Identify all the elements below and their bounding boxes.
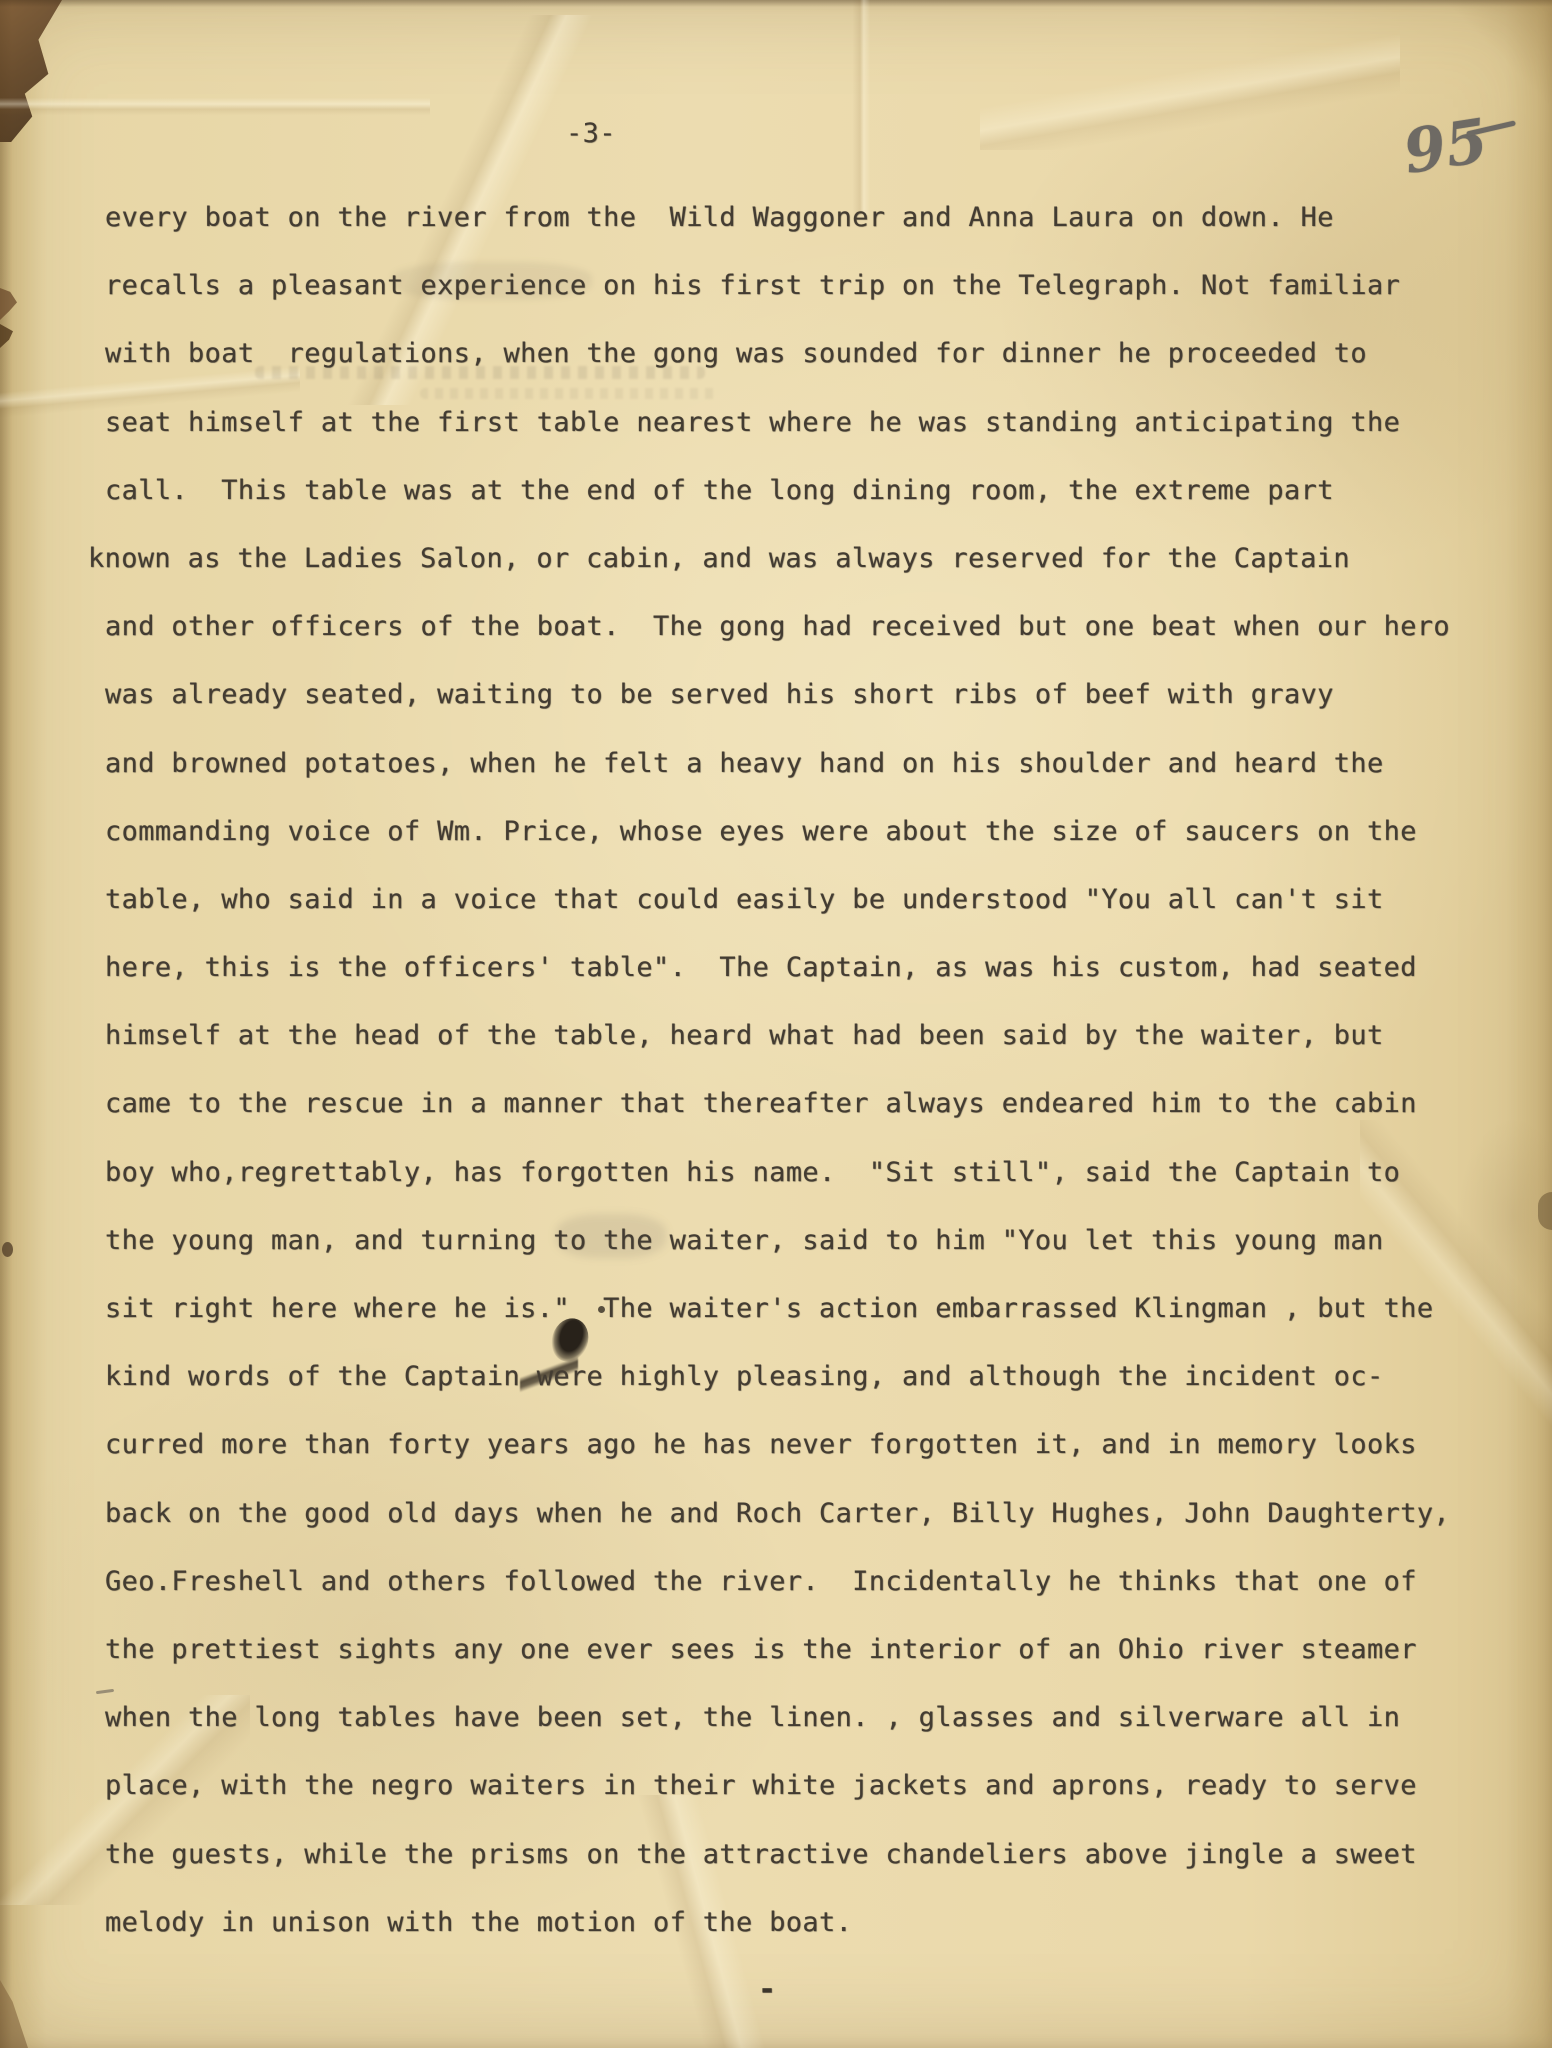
- text-line: here, this is the officers' table". The …: [105, 934, 1505, 1002]
- top-right-fold: [1436, 0, 1552, 126]
- right-edge-notch: [1538, 1192, 1552, 1230]
- manuscript-page: 95 -3- every boat on the river from the …: [0, 0, 1552, 2048]
- text-line: and browned potatoes, when he felt a hea…: [105, 730, 1505, 798]
- left-edge-tear: [0, 324, 13, 348]
- text-line: melody in unison with the motion of the …: [105, 1889, 1505, 1957]
- text-line: call. This table was at the end of the l…: [105, 457, 1505, 525]
- text-line: himself at the head of the table, heard …: [105, 1002, 1505, 1070]
- text-line: when the long tables have been set, the …: [105, 1684, 1505, 1752]
- text-line: commanding voice of Wm. Price, whose eye…: [105, 798, 1505, 866]
- left-edge-stain: [2, 1242, 13, 1257]
- text-line: every boat on the river from the Wild Wa…: [105, 184, 1505, 252]
- bottom-left-tear: [0, 1980, 28, 2048]
- typewritten-text-block: every boat on the river from the Wild Wa…: [105, 184, 1505, 1957]
- crease-line: [828, 0, 892, 215]
- text-line: came to the rescue in a manner that ther…: [105, 1070, 1505, 1138]
- text-line: kind words of the Captain were highly pl…: [105, 1343, 1505, 1411]
- crease-line: [0, 78, 430, 130]
- text-line: boy who,regrettably, has forgotten his n…: [105, 1139, 1505, 1207]
- text-line: was already seated, waiting to be served…: [105, 661, 1505, 729]
- handwritten-page-number: 95: [1399, 106, 1492, 188]
- torn-corner-top-left: [0, 0, 62, 142]
- left-edge-tear: [0, 288, 17, 320]
- text-line: the guests, while the prisms on the attr…: [105, 1821, 1505, 1889]
- text-line: with boat regulations, when the gong was…: [105, 320, 1505, 388]
- bottom-page-mark: -: [758, 1972, 776, 2007]
- left-edge-shadow: [0, 0, 12, 2048]
- text-line: sit right here where he is." The waiter'…: [105, 1275, 1505, 1343]
- page-number: -3-: [566, 118, 616, 149]
- text-line: curred more than forty years ago he has …: [105, 1411, 1505, 1479]
- text-line: table, who said in a voice that could ea…: [105, 866, 1505, 934]
- text-line: and other officers of the boat. The gong…: [105, 593, 1505, 661]
- text-line: recalls a pleasant experience on his fir…: [105, 252, 1505, 320]
- text-line: known as the Ladies Salon, or cabin, and…: [88, 525, 1505, 593]
- text-line: the young man, and turning to the waiter…: [105, 1207, 1505, 1275]
- text-line: place, with the negro waiters in their w…: [105, 1752, 1505, 1820]
- text-line: the prettiest sights any one ever sees i…: [105, 1616, 1505, 1684]
- text-line: Geo.Freshell and others followed the riv…: [105, 1548, 1505, 1616]
- text-line: back on the good old days when he and Ro…: [105, 1480, 1505, 1548]
- top-edge-shadow: [0, 0, 1552, 7]
- text-line: seat himself at the first table nearest …: [105, 389, 1505, 457]
- crease-line: [980, 30, 1400, 150]
